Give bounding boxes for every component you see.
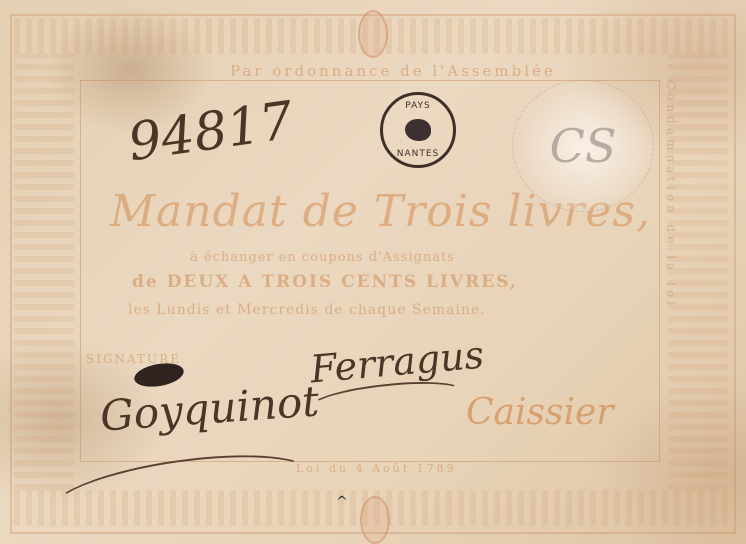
stamp-text-bottom: NANTES [383, 149, 453, 159]
caissier-label: Caissier [466, 392, 614, 433]
side-text: Condamnation de la loi [664, 80, 678, 309]
stamp-text-top: PAYS [383, 101, 453, 111]
header-text: Par ordonnance de l'Assemblée [230, 62, 556, 80]
bottom-medallion-icon [360, 496, 390, 544]
amount-line: de DEUX A TROIS CENTS LIVRES, [132, 272, 518, 292]
top-medallion-icon [358, 10, 388, 58]
embossed-seal-icon: CS [512, 80, 654, 212]
left-ornamental-band [14, 54, 74, 490]
stamp-heart-icon [405, 119, 431, 141]
bottom-mark: ^ [336, 494, 348, 510]
schedule-line: les Lundis et Mercredis de chaque Semain… [128, 302, 486, 318]
ink-stamp-icon: PAYS NANTES [380, 92, 456, 168]
seal-monogram: CS [550, 119, 617, 173]
banknote-photo: Par ordonnance de l'Assemblée Mandat de … [0, 0, 746, 544]
footer-text: Loi du 4 Août 1789 [296, 462, 457, 475]
exchange-line: à échanger en coupons d'Assignats [190, 250, 455, 265]
